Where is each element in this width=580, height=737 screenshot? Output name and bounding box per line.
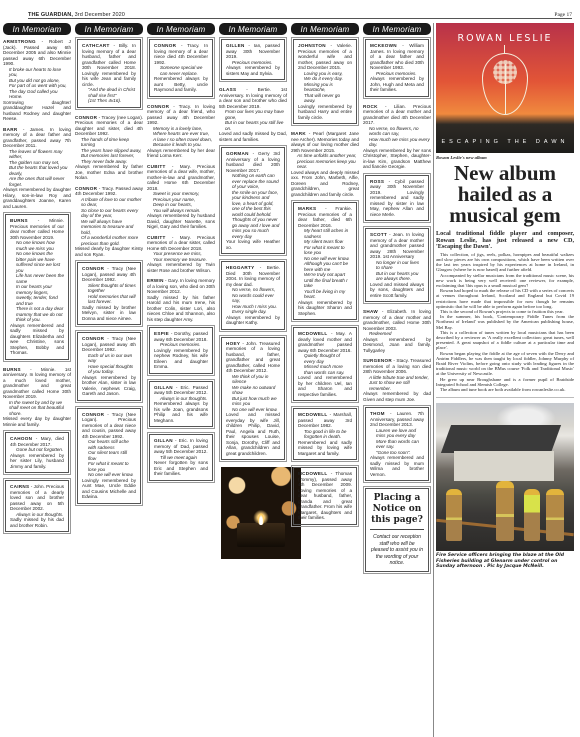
memoriam-notice: SHAW - Elizabeth. In loving memory of a … xyxy=(363,309,431,353)
memoriam-column-3: In MemoriamCONNOR - Tracy. In loving mem… xyxy=(147,23,215,488)
deceased-name: CAIRNS xyxy=(10,484,29,489)
standfirst: Local traditional fiddle player and comp… xyxy=(436,231,574,251)
remembered-by: Sadly missed by his dad and brother Robi… xyxy=(10,517,64,528)
section-rule xyxy=(436,397,574,398)
deceased-name: CONNOR xyxy=(82,412,104,417)
notice-text: CONNOR - Tracy. In loving memory of a de… xyxy=(154,43,208,65)
notice-text: GILLAN - Eric. In loving memory of Dad, … xyxy=(154,438,208,455)
paper-name: THE GUARDIAN, 3rd December 2020 xyxy=(28,12,125,18)
verse-line: Quietly thought of every day xyxy=(304,353,352,364)
fire-photo-caption: Fire Service officers bringing the blaze… xyxy=(436,553,574,569)
memoriam-notice: CATHCART - Billy. In loving memory of a … xyxy=(77,39,141,108)
name-separator: - xyxy=(166,235,180,240)
roof-graphic xyxy=(441,425,561,453)
notice-text: CAHOON - Mary, died 4th December 2017. xyxy=(10,436,64,447)
verse-line: Too good in life to be forgotten in deat… xyxy=(304,429,352,440)
verse-line: How much we miss you every day. xyxy=(369,137,431,148)
memoriam-column-6: In MemoriamMCKEOWN - William James. In l… xyxy=(363,23,431,576)
remembered-by: Loved always and deeply missed xxx. From… xyxy=(291,170,359,198)
section-header: In Memoriam xyxy=(219,23,287,35)
verse-line: No one knows how much we miss you xyxy=(16,240,64,251)
notice-text: GILLAN - Eric. Passed away 5th December … xyxy=(154,385,208,396)
name-separator: - xyxy=(316,206,335,211)
verse-line: No longer in our lives to share xyxy=(376,260,424,271)
deceased-name: CUBITT xyxy=(147,164,166,169)
notice-text: MARK - Pearl (Margaret Jane nee Archer).… xyxy=(291,131,359,153)
verse-line: Gone but not forgotten. xyxy=(16,447,64,453)
masthead: THE GUARDIAN, 3rd December 2020 Page 17 xyxy=(28,9,572,19)
deceased-name: ROSS xyxy=(370,179,384,184)
deceased-name: CONNOR xyxy=(75,115,97,120)
photo-caption: Rowan Leslie's new album xyxy=(436,155,574,160)
verse-line: There is not a day dear mammy that we do… xyxy=(16,306,64,323)
remembered-by: Remembered always by his wife Joan, gran… xyxy=(154,401,208,423)
tree-leaf-graphic xyxy=(482,53,528,115)
verse-line: Each of us in our own way xyxy=(88,353,136,364)
name-separator: - xyxy=(21,367,41,372)
remembered-by: Lovingly remembered by nephew Rodney, hi… xyxy=(154,348,208,370)
verse: Loving you is easy,We do it every day.Mi… xyxy=(298,71,352,104)
deceased-name: SCOTT xyxy=(370,232,387,237)
column-divider xyxy=(433,23,434,737)
name-separator: - xyxy=(32,436,40,441)
placing-notice-box: Placing a Notice on this page?Contact ou… xyxy=(365,488,429,572)
notice-text: GLASS - Bertie. 1st Anniversary. In lovi… xyxy=(219,87,287,109)
name-separator: - xyxy=(245,43,254,48)
firefighter-figure xyxy=(446,489,462,541)
album-artist: ROWAN LESLIE xyxy=(436,33,574,44)
headline: New album hailed as a musical gem xyxy=(436,163,574,226)
remembered-by: Loved and sadly missed by Dad, sisters a… xyxy=(219,131,287,142)
memoriam-column-4: In MemoriamGILLEN - Ian, passed away 30t… xyxy=(219,23,287,563)
verse-line: No one knows the bitter pain we have suf… xyxy=(16,251,64,273)
deceased-name: HEGGARTY xyxy=(226,265,254,270)
notice-text: MCDOWELL - Marshall, passed away 3rd Dec… xyxy=(298,412,352,429)
verse-line: Until the final breath I take xyxy=(304,278,352,289)
deceased-name: BARR xyxy=(3,127,17,132)
notice-text: JOHNSTON - Valerie. Precious memories of… xyxy=(298,43,352,71)
remembered-by: Never forgotten by sons Eric and Stephen… xyxy=(154,460,208,477)
page-number: Page 17 xyxy=(554,12,572,18)
memoriam-notice: CONNOR - Tracy (Nee Logan), passed away … xyxy=(77,332,141,401)
remembered-by: Missed dearly by daughter Kirsty and son… xyxy=(75,246,143,257)
deceased-name: ESPIE xyxy=(154,331,169,336)
notice-text: ERWIN - Gary. In loving memory of a lovi… xyxy=(147,278,215,295)
verse: Precious memories. xyxy=(154,342,208,348)
deceased-name: GILLAN xyxy=(154,438,173,443)
memoriam-notice: CUBITT - Mary. Precious memories of a de… xyxy=(147,235,215,274)
verse: It broke our hearts to lose you,But you … xyxy=(3,67,71,100)
name-separator: - xyxy=(378,309,387,314)
verse-line: In the sweet by and by we shall meet on … xyxy=(9,400,71,417)
verse-line: But in our hearts you still live on. xyxy=(225,120,287,131)
deceased-name: SURGENOR xyxy=(363,358,392,363)
memoriam-notice: CONNOR - Tracey (nee Logan). Precious me… xyxy=(75,115,143,181)
remembered-by: Always remembered by Desmond, Joan and f… xyxy=(363,337,431,354)
notice-text: CONNOR - Tracey (nee Logan). Precious me… xyxy=(75,115,143,137)
name-separator: - xyxy=(327,331,336,336)
memoriam-notice: GILLEN - Ian, passed away 30th November … xyxy=(221,39,285,80)
feature-article: ROWAN LESLIE ESCAPING THE DAWN Rowan Les… xyxy=(436,23,574,569)
remembered-by: Always remembered by John, Hugh and Meta… xyxy=(370,76,424,93)
remembered-by: Always remembered by father Joe, mother … xyxy=(75,164,143,181)
name-separator: - xyxy=(306,131,313,136)
section-header: In Memoriam xyxy=(291,23,359,35)
notice-text: HEGGARTY - Bertie. Died 30th November 20… xyxy=(226,265,280,287)
verse-line: Where hearts are ever true, xyxy=(153,131,215,137)
verse-line: Missing you is heartache, xyxy=(304,82,352,93)
deceased-name: GLASS xyxy=(219,87,236,92)
memoriam-column-2: In MemoriamCATHCART - Billy. In loving m… xyxy=(75,23,143,511)
remembered-by: Always remembered and sadly missed by da… xyxy=(10,323,64,356)
verse-line: The day God called you Home. xyxy=(9,89,71,100)
verse-line: Lauren we love and miss you every day xyxy=(376,428,424,439)
notice-text: CONNOR - Tracy. In loving memory of a de… xyxy=(147,104,215,126)
memoriam-notice: ROCK - Lilian. Precious memories of a de… xyxy=(363,104,431,170)
verse: "And the dead in Christ shall rise first… xyxy=(82,87,136,104)
album-title: ESCAPING THE DAWN xyxy=(436,139,574,145)
verse-line: No verse, no flowers, no words can say, xyxy=(369,126,431,137)
notice-text: CATHCART - Billy. In loving memory of a … xyxy=(82,43,136,87)
memoriam-notice: HOEY - John. Treasured memories of a lov… xyxy=(221,337,285,461)
memoriam-notice: MARKS - Frankie. Precious memories of a … xyxy=(293,202,357,320)
name-separator: - xyxy=(176,43,187,48)
verse: From our lives you may have gone,But in … xyxy=(219,109,287,131)
verse-line: We will always have memories to treasure… xyxy=(81,219,143,236)
remembered-by: Sadly missed by brother Melvyn, sister i… xyxy=(82,305,136,322)
verse-line: A tribute of love to our mother so dear, xyxy=(81,197,143,208)
remembered-by: Always remembered by dad Given and step … xyxy=(363,391,431,402)
notice-text: BURNS - Minnie. Precious memories of our… xyxy=(10,218,64,240)
remembered-by: Always remembered by daughter Hilary, so… xyxy=(3,187,71,209)
name-separator: - xyxy=(249,151,258,156)
memoriam-notice: SURGENOR - Stacy. Treasured memories of … xyxy=(363,358,431,402)
verse-line: Missed much more than words can say. xyxy=(304,364,352,375)
verse-line: As time unfolds another year, precious m… xyxy=(297,153,359,170)
deceased-name: CONNOR xyxy=(147,104,169,109)
memoriam-notice: THOM - Lauren. 7th Anniversary, passed a… xyxy=(365,407,429,481)
verse: Quietly thought of every dayMissed much … xyxy=(298,353,352,375)
verse-line: You'll be living in my heart. xyxy=(304,289,352,300)
memoriam-notice: HEGGARTY - Bertie. Died 30th November 20… xyxy=(221,261,285,330)
notice-text: ARMSTRONG - Robert J (Jack). Passed away… xyxy=(3,39,71,67)
notice-text: BARR - James. In loving memory of a dear… xyxy=(3,127,71,149)
notice-text: CAIRNS - John. Precious memories of a de… xyxy=(10,484,64,512)
remembered-by: Loved and missed everyday by wife Jill, … xyxy=(226,412,280,456)
memoriam-notice: CONNOR - Tracy. In loving memory of a de… xyxy=(149,39,213,97)
remembered-by: Loved and remembered by her children Uel… xyxy=(298,375,352,397)
remembered-by: Remembered always by aunt Betty, uncle R… xyxy=(154,76,208,93)
firefighter-figure xyxy=(496,481,514,541)
name-separator: - xyxy=(236,87,257,92)
memoriam-notice: BURNS - Minnie. Precious memories of our… xyxy=(5,214,69,360)
remembered-by: Always remembered by brother Alan, siste… xyxy=(82,375,136,397)
memoriam-notice: GORMAN - Gerry 3rd Anniversary of a lovi… xyxy=(221,147,285,254)
verse-line: Someone special we can never replace. xyxy=(160,65,208,76)
memoriam-column-1: In MemoriamARMSTRONG - Robert J (Jack). … xyxy=(3,23,71,539)
tealight-graphic xyxy=(237,523,285,547)
remembered-by: Always remembered by daughter Kathy. xyxy=(226,315,280,326)
verse: We think of you in silenceWe make no out… xyxy=(226,374,280,413)
memoriam-notice: CONNOR - Tracy. Passed away 4th December… xyxy=(75,186,143,258)
memoriam-notice: CAHOON - Mary, died 4th December 2017.Go… xyxy=(5,432,69,473)
verse-line: No verse, no flowers, xyxy=(232,287,280,293)
memoriam-notice: ROSS - Cybil passed away 30th November 2… xyxy=(365,175,429,222)
notice-text: SCOTT - Jean. In loving memory of a dear… xyxy=(370,232,424,260)
remembered-by: Always remembered by her sons Christophe… xyxy=(363,148,431,170)
verse: Your presence we miss,Your memory we tre… xyxy=(147,251,215,262)
remembered-by: Always remembered by her dear friend Lor… xyxy=(147,148,215,159)
article-paragraph: Rowan began playing the fiddle at the ag… xyxy=(436,351,574,377)
verse-line: Thoughts of you never go away and I love… xyxy=(232,217,280,239)
verse-line: In our hearts your memory lingers, sweet… xyxy=(16,284,64,306)
verse-line: Silent thoughts of times together xyxy=(88,283,136,294)
memoriam-notice: CONNOR - Tracy (Nee Logan), passed away … xyxy=(77,262,141,325)
name-separator: - xyxy=(385,411,397,416)
wall-graphic xyxy=(454,451,554,481)
remembered-by: Remembered and sadly missed by loving wi… xyxy=(298,440,352,457)
deceased-name: CONNOR xyxy=(154,43,176,48)
verse-line: But memories last forever, xyxy=(81,153,143,159)
deceased-name: CATHCART xyxy=(82,43,110,48)
remembered-by: Always remembered by husband David, daug… xyxy=(147,213,215,230)
verse: Each of us in our own wayHave special th… xyxy=(82,353,136,375)
verse: Our hearts still ache with sadnessOur si… xyxy=(82,439,136,478)
verse-line: My heart still aches in sadness xyxy=(304,228,352,239)
verse: No verse, no flowers, no words can say,H… xyxy=(363,126,431,148)
verse: Memory is a lovely lane,Where hearts are… xyxy=(147,126,215,148)
memoriam-notice: CUBITT - Mary. Precious memories of a de… xyxy=(147,164,215,230)
remembered-by: Sadly missed by his father Harold and hi… xyxy=(147,295,215,323)
verse: As time unfolds another year, precious m… xyxy=(291,153,359,170)
notice-text: MCKEOWN - William James. In loving memor… xyxy=(370,43,424,71)
verse-line: Life has never been the same xyxy=(16,273,64,284)
section-header: In Memoriam xyxy=(3,23,71,35)
candle-image xyxy=(221,467,301,559)
verse: Someone special we can never replace. xyxy=(154,65,208,76)
verse-line: Our hearts still ache with sadness xyxy=(88,439,136,450)
verse-line: But just how much we miss you xyxy=(232,396,280,407)
memoriam-notice: ERWIN - Gary. In loving memory of a lovi… xyxy=(147,278,215,322)
deceased-name: ERWIN xyxy=(147,278,164,283)
verse-line: "And the dead in Christ shall rise first… xyxy=(88,87,136,98)
name-separator: - xyxy=(384,179,394,184)
name-separator: - xyxy=(110,43,119,48)
firefighter-figure xyxy=(524,489,540,541)
notice-text: THOM - Lauren. 7th Anniversary, passed a… xyxy=(370,411,424,428)
verse: The leaves of flowers may wither,The gol… xyxy=(3,149,71,188)
verse-line: For what it meant to lose you xyxy=(88,461,136,472)
verse-line: Hold memories that will last forever. xyxy=(88,294,136,305)
deceased-name: CONNOR xyxy=(75,186,97,191)
verse-line: The hands of time keep turning xyxy=(81,137,143,148)
memoriam-notice: MCKEOWN - William James. In loving memor… xyxy=(365,39,429,97)
verse-line: No one will ever know. xyxy=(88,472,136,478)
article-paragraph: Accompanied by stellar musicians from th… xyxy=(436,273,574,289)
notice-text: CONNOR - Tracy (Nee Logan), passed away … xyxy=(82,336,136,353)
verse-line: The leaves of flowers may wither, xyxy=(9,149,71,160)
name-separator: - xyxy=(36,39,49,44)
verse: Silent thoughts of times togetherHold me… xyxy=(82,283,136,305)
verse: Nothing on earth can ever replace the so… xyxy=(226,173,280,239)
memoriam-notice: GILLAN - Eric. Passed away 5th December … xyxy=(149,381,213,428)
notice-details: Thomas (Tommy), passed away 4th December… xyxy=(298,471,352,520)
article-body: This collection, of jigs, reels, polkas,… xyxy=(436,252,574,392)
article-paragraph: This collection, of jigs, reels, polkas,… xyxy=(436,252,574,273)
deceased-name: ARMSTRONG xyxy=(3,39,36,44)
remembered-by: Always remembered by her sister Lily, hu… xyxy=(10,453,64,470)
fire-photo xyxy=(436,403,574,551)
memoriam-notice: GLASS - Bertie. 1st Anniversary. In lovi… xyxy=(219,87,287,142)
verse-line: Nothing on earth can ever replace the so… xyxy=(232,173,280,190)
article-paragraph: The album and tune book are both availab… xyxy=(436,387,574,392)
remembered-by: Lovingly remembered by husband Harry and… xyxy=(298,104,352,121)
notice-body: Contact our reception staff who will be … xyxy=(370,534,424,567)
notice-text: CONNOR - Tracy. Passed away 4th December… xyxy=(75,186,143,197)
verse-line: Are the ones that will never forget. xyxy=(9,176,71,187)
remembered-by: Lovingly remembered by Aunt Mae, Uncle E… xyxy=(82,478,136,500)
remembered-by: Always remembered by Twin sister Rose an… xyxy=(147,262,215,273)
notice-details: Billy. In loving memory of a dear husban… xyxy=(82,43,136,87)
deceased-name: HOEY xyxy=(226,341,240,346)
memoriam-notice: BARR - James. In loving memory of a dear… xyxy=(3,127,71,210)
deceased-name: GORMAN xyxy=(226,151,249,156)
section-header: In Memoriam xyxy=(147,23,215,35)
notice-text: GILLEN - Ian, passed away 30th November … xyxy=(226,43,280,60)
verse-line: For what it meant to lose you xyxy=(304,245,352,256)
memoriam-notice: BURNS - Minnie. 1st anniversary. In lovi… xyxy=(3,367,71,428)
memoriam-notice: CAIRNS - John. Precious memories of a de… xyxy=(5,480,69,532)
deceased-name: ROCK xyxy=(363,104,378,109)
deceased-name: GILLEN xyxy=(226,43,245,48)
notice-text: HOEY - John. Treasured memories of a lov… xyxy=(226,341,280,374)
notice-text: SURGENOR - Stacy. Treasured memories of … xyxy=(363,358,431,375)
remembered-by: Always remembered by his daughter Sharon… xyxy=(298,300,352,317)
name-separator: - xyxy=(378,104,394,109)
deceased-name: MCDOWELL xyxy=(298,331,327,336)
notice-text: CUBITT - Mary. Precious memories of a de… xyxy=(147,164,215,192)
deceased-name: MCKEOWN xyxy=(370,43,397,48)
article-paragraph: He grew up near Broughshane and is a for… xyxy=(436,377,574,387)
verse-line: Our silent tears still flow xyxy=(88,450,136,461)
verse: In the sweet by and by we shall meet on … xyxy=(3,400,71,417)
memoriam-notice: MCDOWELL - Thomas (Tommy), passed away 4… xyxy=(293,467,357,525)
memoriam-notice: JOHNSTON - Valerie. Precious memories of… xyxy=(293,39,357,124)
memoriam-notice: ESPIE - Dorothy, passed away 6th Decembe… xyxy=(149,327,213,374)
notice-details: John. Treasured memories of a loving hus… xyxy=(226,341,280,374)
deceased-name: CONNOR xyxy=(82,266,104,271)
notice-text: ROCK - Lilian. Precious memories of a de… xyxy=(363,104,431,126)
verse: My heart still aches in sadnessMy silent… xyxy=(298,228,352,300)
article-paragraph: This is a collection of tunes written by… xyxy=(436,330,574,351)
notice-text: GORMAN - Gerry 3rd Anniversary of a lovi… xyxy=(226,151,280,173)
deceased-name: SHAW xyxy=(363,309,378,314)
verse: Gone but not forgotten. xyxy=(10,447,64,453)
notice-text: MARKS - Frankie. Precious memories of a … xyxy=(298,206,352,228)
firefighter-figure xyxy=(546,489,564,541)
notice-details: Cybil passed away 30th November 2019. Lo… xyxy=(370,179,424,217)
deceased-name: CUBITT xyxy=(147,235,166,240)
verse-line: But in our hearts you are always there. xyxy=(376,271,424,282)
deceased-name: CONNOR xyxy=(82,336,104,341)
section-header: In Memoriam xyxy=(363,23,431,35)
notice-text: CONNOR - Tracy (Nee Logan), passed away … xyxy=(82,266,136,283)
verse-line: Have special thoughts of you today. xyxy=(88,364,136,375)
memoriam-notice: CONNOR - Tracy. In loving memory of a de… xyxy=(147,104,215,159)
name-separator: - xyxy=(169,104,179,109)
remembered-by: Sorrowing daughter/ granddaughter Hazel … xyxy=(3,100,71,122)
memoriam-notice: MARK - Pearl (Margaret Jane nee Archer).… xyxy=(291,131,359,197)
verse: A little tribute true and tender,Just to… xyxy=(363,375,431,392)
verse: Sweet is your memory,Precious your name,… xyxy=(147,191,215,213)
remembered-by: Always remembered and sadly missed by mu… xyxy=(370,455,424,477)
verse: The hands of time keep turningThe years … xyxy=(75,137,143,165)
notice-text: MCDOWELL - Thomas (Tommy), passed away 4… xyxy=(298,471,352,521)
verse-line: Of a wonderful mother more precious than… xyxy=(81,235,143,246)
notice-text: ROSS - Cybil passed away 30th November 2… xyxy=(370,179,424,218)
deceased-name: MCDOWELL xyxy=(298,412,327,417)
deceased-name: THOM xyxy=(370,411,385,416)
verse-line: (1st Thes 4v16). xyxy=(88,98,136,104)
verse-line: So close to our hearts every day of the … xyxy=(81,208,143,219)
verse-line: your kindness and love, a heart of gold, xyxy=(232,195,280,206)
memoriam-notice: CONNOR - Tracy (Nee Logan). Precious mem… xyxy=(77,408,141,504)
name-separator: - xyxy=(104,266,112,271)
verse-line: That will never go away. xyxy=(304,93,352,104)
deceased-name: MCDOWELL xyxy=(298,471,327,476)
verse-line: one of the best this world could behold. xyxy=(232,206,280,217)
name-separator: - xyxy=(166,164,180,169)
verse-line: No words could ever say, xyxy=(232,293,280,304)
name-separator: - xyxy=(104,412,112,417)
name-separator: - xyxy=(254,265,266,270)
memoriam-column-5: In MemoriamJOHNSTON - Valerie. Precious … xyxy=(291,23,359,532)
verse-line: We think of you in silence xyxy=(232,374,280,385)
deceased-name: BURNS xyxy=(10,218,28,223)
deceased-name: CAHOON xyxy=(10,436,32,441)
name-separator: - xyxy=(17,127,29,132)
notice-text: CONNOR - Tracy (Nee Logan). Precious mem… xyxy=(82,412,136,440)
verse-line: Although you can't be here with me xyxy=(304,261,352,272)
verse: Too good in life to be forgotten in deat… xyxy=(298,429,352,440)
notice-title: Placing a Notice on this page? xyxy=(370,493,424,530)
notice-text: SHAW - Elizabeth. In loving memory of a … xyxy=(363,309,431,331)
remembered-by: Your loving wife Heather xo. xyxy=(226,239,280,250)
verse-line: Just to show we still remember. xyxy=(369,380,431,391)
verse: No longer in our lives to shareBut in ou… xyxy=(370,260,424,282)
album-cover-image: ROWAN LESLIE ESCAPING THE DAWN xyxy=(436,23,574,153)
verse-line: It broke our hearts to lose you, xyxy=(9,67,71,78)
name-separator: - xyxy=(104,336,112,341)
name-separator: - xyxy=(397,43,409,48)
deceased-name: MARKS xyxy=(298,206,316,211)
deceased-name: JOHNSTON xyxy=(298,43,326,48)
article-paragraph: Rowan had hoped to mark the release of h… xyxy=(436,288,574,309)
verse-line: But the hearts that loved you dearly, xyxy=(9,165,71,176)
notice-text: BURNS - Minnie. 1st anniversary. In lovi… xyxy=(3,367,71,400)
deceased-name: BURNS xyxy=(3,367,21,372)
notice-text: ESPIE - Dorothy, passed away 6th Decembe… xyxy=(154,331,208,342)
memoriam-notice: MCDOWELL - Marshall, passed away 3rd Dec… xyxy=(293,408,357,460)
memoriam-notice: MCDOWELL - May. A dearly loved mother an… xyxy=(293,327,357,401)
remembered-by: Missed every day by daughter Minnie and … xyxy=(3,416,71,427)
notice-text: MCDOWELL - May. A dearly loved mother an… xyxy=(298,331,352,353)
verse-line: For part of us went with you, xyxy=(9,83,71,89)
notice-details: Minnie. 1st anniversary. In loving memor… xyxy=(3,367,71,400)
remembered-by: Loved and missed always by sons, daughte… xyxy=(370,282,424,299)
memoriam-notice: ARMSTRONG - Robert J (Jack). Passed away… xyxy=(3,39,71,122)
verse-line: From our lives you may have gone, xyxy=(225,109,287,120)
